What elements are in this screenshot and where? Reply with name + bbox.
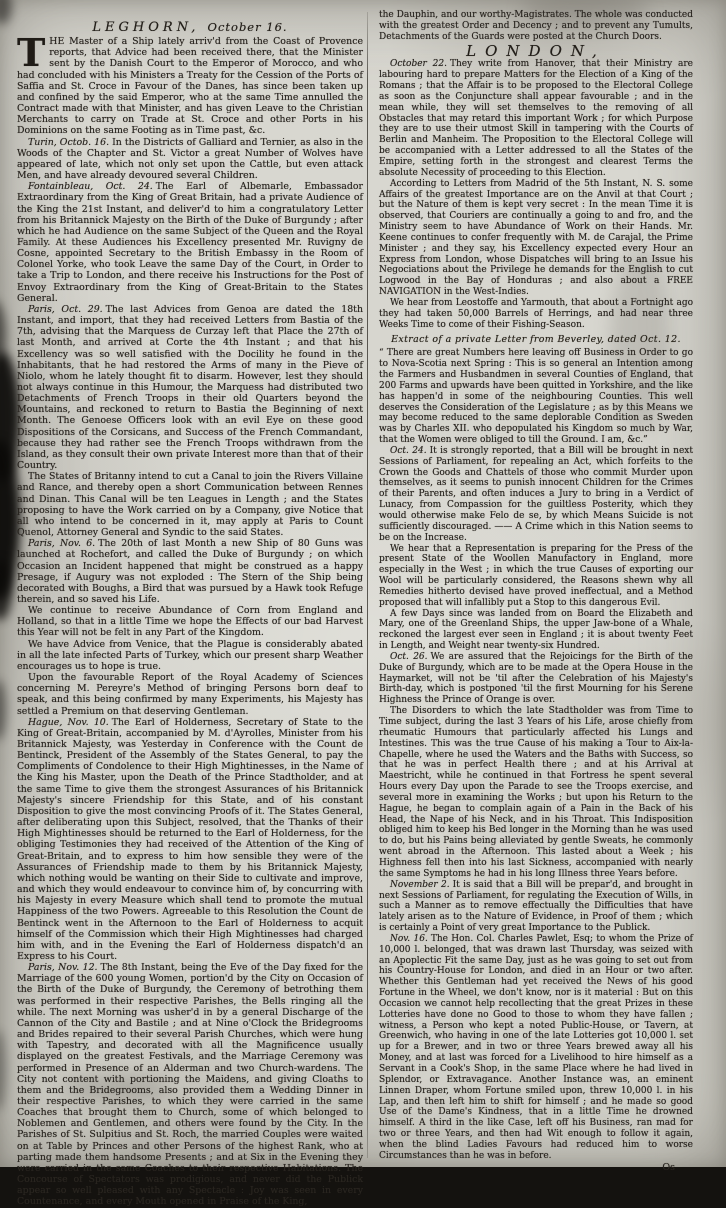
paragraph-lottery-pawlet: Nov. 16.The Hon. Col. Charles Pawlet, Es…: [379, 934, 693, 1162]
ink-stain: [0, 680, 6, 740]
paragraph-madrid-letters: According to Letters from Madrid of the …: [379, 179, 693, 298]
dateline-paris-oct-29: Paris, Oct. 29.: [28, 304, 103, 315]
paragraph-rejoicings-opera: Oct. 26.We are assured that the Rejoicin…: [379, 652, 693, 706]
paragraph-text: “ There are great Numbers here leaving o…: [379, 348, 693, 445]
dateline-nov-16: Nov. 16.: [390, 934, 428, 944]
paragraph-text: We have Advice from Venice, that the Pla…: [17, 639, 363, 672]
leghorn-date-label: October 16.: [208, 20, 288, 34]
paragraph-wills-bill: November 2.It is said that a Bill will b…: [379, 880, 693, 934]
extract-letter-heading: Extract of a private Letter from Beverle…: [379, 335, 693, 346]
paragraph-text: We hear from Leostoffe and Yarmouth, tha…: [379, 298, 693, 330]
left-column: LEGHORN, October 16. THE Master of a Shi…: [17, 22, 363, 1167]
ink-stain: [0, 1030, 6, 1110]
paragraph-text: It is strongly reported, that a Bill wil…: [379, 446, 693, 543]
dateline-paris-nov-12: Paris, Nov. 12.: [28, 962, 98, 973]
paragraph-whale-jawbone: A few Days since was landed from on Boar…: [379, 609, 693, 652]
dateline-oct-26: Oct. 26.: [390, 652, 428, 662]
london-section-heading: LONDON,: [379, 46, 693, 57]
paragraph-text: The Earl of Albemarle, Embassador Extrao…: [17, 181, 363, 304]
paragraph-corn-imports: We continue to receive Abundance of Corn…: [17, 605, 363, 638]
dateline-november-2: November 2.: [390, 880, 450, 890]
paragraph-stadtholder-disorders: The Disorders to which the late Stadthol…: [379, 706, 693, 880]
paragraph-britanny-canal: The States of Britanny intend to cut a C…: [17, 471, 363, 538]
column-divider-rule: [367, 12, 368, 1158]
paragraph-text: the Dauphin, and our worthy-Magistrates.…: [379, 10, 693, 42]
paragraph-text: The Earl of Holderness, Secretary of Sta…: [17, 717, 363, 962]
paragraph-text: The States of Britanny intend to cut a C…: [17, 471, 363, 538]
paragraph-text: The 8th Instant, being the Eve of the Da…: [17, 962, 363, 1167]
paragraph-text: They write from Hanover, that their Mini…: [379, 59, 693, 177]
catchword: Os: [379, 1163, 693, 1167]
paragraph-text: We hear that a Representation is prepari…: [379, 544, 693, 608]
drop-cap-letter: T: [17, 36, 49, 67]
paragraph-venice-plague: We have Advice from Venice, that the Pla…: [17, 639, 363, 672]
paragraph-text: A few Days since was landed from on Boar…: [379, 609, 693, 652]
dateline-oct-24: Oct. 24.: [390, 446, 427, 456]
paragraph-turin: Turin, Octob. 16.In the Districts of Gal…: [17, 137, 363, 182]
newspaper-page: LEGHORN, October 16. THE Master of a Shi…: [0, 0, 726, 1167]
paragraph-paris-nov-12: Paris, Nov. 12.The 8th Instant, being th…: [17, 962, 363, 1167]
paragraph-beverley-letter: “ There are great Numbers here leaving o…: [379, 348, 693, 446]
dateline-october-22: October 22.: [390, 59, 447, 69]
paragraph-pereyre-premium: Upon the favourable Report of the Royal …: [17, 672, 363, 717]
paragraph-text: According to Letters from Madrid of the …: [379, 179, 693, 297]
dateline-hague-nov-10: Hague, Nov. 10.: [28, 717, 109, 728]
paragraph-paris-nov-6: Paris, Nov. 6.The 20th of last Month a n…: [17, 538, 363, 605]
lead-text: HE Master of a Ship lately arriv'd from …: [17, 36, 363, 136]
paragraph-hague-nov-10: Hague, Nov. 10.The Earl of Holderness, S…: [17, 717, 363, 962]
ink-stain: [0, 0, 12, 24]
paragraph-suicide-bill: Oct. 24.It is strongly reported, that a …: [379, 446, 693, 544]
paragraph-hanover-election: October 22.They write from Hanover, that…: [379, 59, 693, 178]
paragraph-fontainbleau: Fontainbleau, Oct. 24.The Earl of Albema…: [17, 181, 363, 304]
paragraph-paris-oct-29: Paris, Oct. 29.The last Advices from Gen…: [17, 304, 363, 471]
paragraph-woollen-manufactory: We hear that a Representation is prepari…: [379, 544, 693, 609]
paragraph-text: The Disorders to which the late Stadthol…: [379, 706, 693, 879]
leghorn-section-heading: LEGHORN, October 16.: [17, 22, 363, 33]
dateline-fontainbleau: Fontainbleau, Oct. 24.: [28, 181, 153, 192]
paragraph-continuation: the Dauphin, and our worthy-Magistrates.…: [379, 10, 693, 43]
paragraph-herring-fishery: We hear from Leostoffe and Yarmouth, tha…: [379, 298, 693, 331]
right-column: the Dauphin, and our worthy-Magistrates.…: [379, 10, 693, 1167]
dateline-paris-nov-6: Paris, Nov. 6.: [28, 538, 95, 549]
paragraph-text: Upon the favourable Report of the Royal …: [17, 672, 363, 716]
paragraph-text: We continue to receive Abundance of Corn…: [17, 605, 363, 638]
paragraph-text: The last Advices from Genoa are dated th…: [17, 304, 363, 471]
dateline-turin: Turin, Octob. 16.: [28, 137, 109, 148]
paragraph-text: The Hon. Col. Charles Pawlet, Esq; to wh…: [379, 934, 693, 1161]
leghorn-lead-paragraph: THE Master of a Ship lately arriv'd from…: [17, 36, 363, 136]
leghorn-city-label: LEGHORN,: [92, 20, 199, 35]
